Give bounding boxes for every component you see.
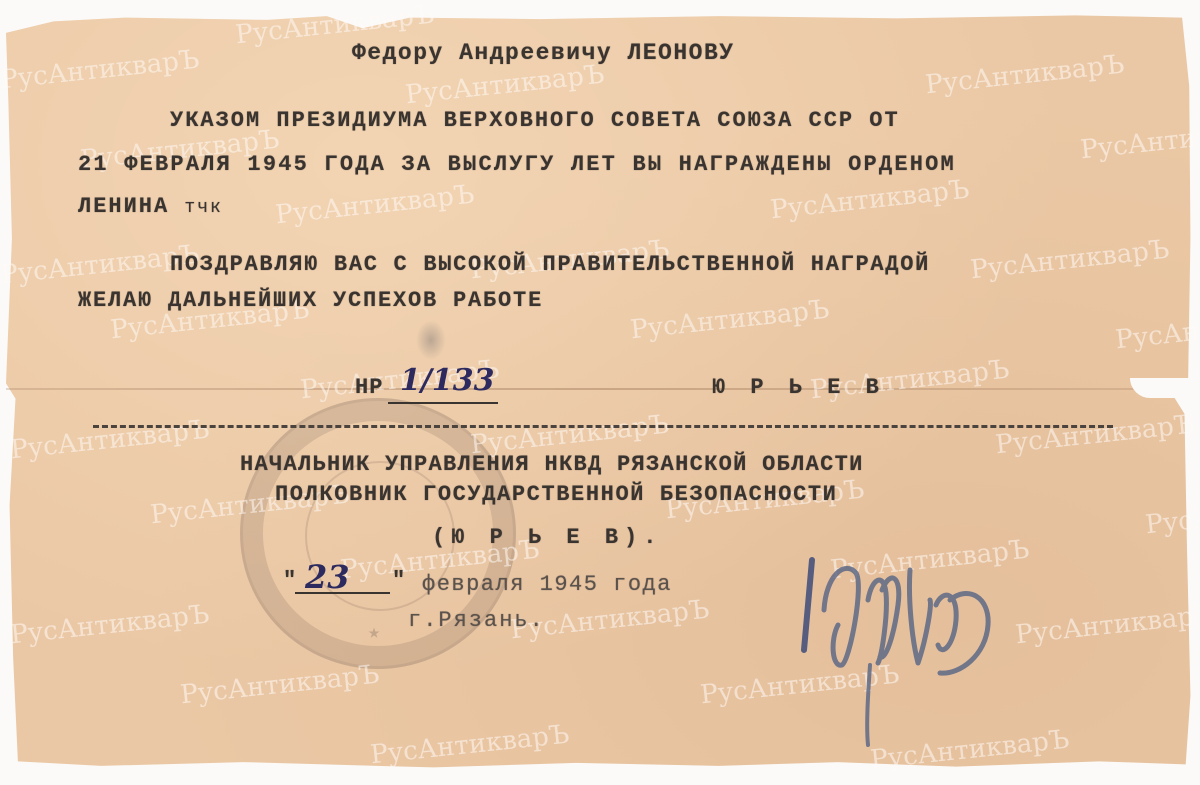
date-close-quote: " <box>392 568 406 593</box>
body-line-4: ПОЗДРАВЛЯЮ ВАС С ВЫСОКОЙ ПРАВИТЕЛЬСТВЕНН… <box>170 252 930 277</box>
reference-underline <box>388 402 498 404</box>
body-line-1: УКАЗОМ ПРЕЗИДИУМА ВЕРХОВНОГО СОВЕТА СОЮЗ… <box>170 108 900 133</box>
official-title-line-1: НАЧАЛЬНИК УПРАВЛЕНИЯ НКВД РЯЗАНСКОЙ ОБЛА… <box>240 452 864 477</box>
date-day: 23 <box>305 558 350 596</box>
official-title-line-2: ПОЛКОВНИК ГОСУДАРСТВЕННОЙ БЕЗОПАСНОСТИ <box>275 482 837 507</box>
stop-marker: тчк <box>184 198 222 218</box>
signature-icon <box>790 545 1010 755</box>
date-underline <box>295 592 390 594</box>
body-line-3: ЛЕНИНА тчк <box>78 194 223 219</box>
dashed-separator <box>93 425 1113 428</box>
body-line-2: 21 ФЕВРАЛЯ 1945 ГОДА ЗА ВЫСЛУГУ ЛЕТ ВЫ Н… <box>78 152 956 177</box>
place: г.Рязань. <box>408 608 545 633</box>
fold-crease <box>6 388 1194 390</box>
torn-edge <box>1130 378 1200 398</box>
reference-label: НР <box>355 375 383 400</box>
addressee: Федору Андреевичу ЛЕОНОВУ <box>352 40 735 66</box>
date-month-year: февраля 1945 года <box>422 572 672 597</box>
ink-smudge <box>416 320 446 360</box>
official-name: (Ю Р Ь Е В). <box>432 525 662 550</box>
body-line-5: ЖЕЛАЮ ДАЛЬНЕЙШИХ УСПЕХОВ РАБОТЕ <box>78 288 543 313</box>
date-open-quote: " <box>283 568 297 593</box>
sender-name: Ю Р Ь Е В <box>712 375 885 400</box>
seal-star-icon: ★ <box>368 619 380 645</box>
reference-number: 1/133 <box>400 363 494 398</box>
order-name: ЛЕНИНА <box>78 194 169 219</box>
